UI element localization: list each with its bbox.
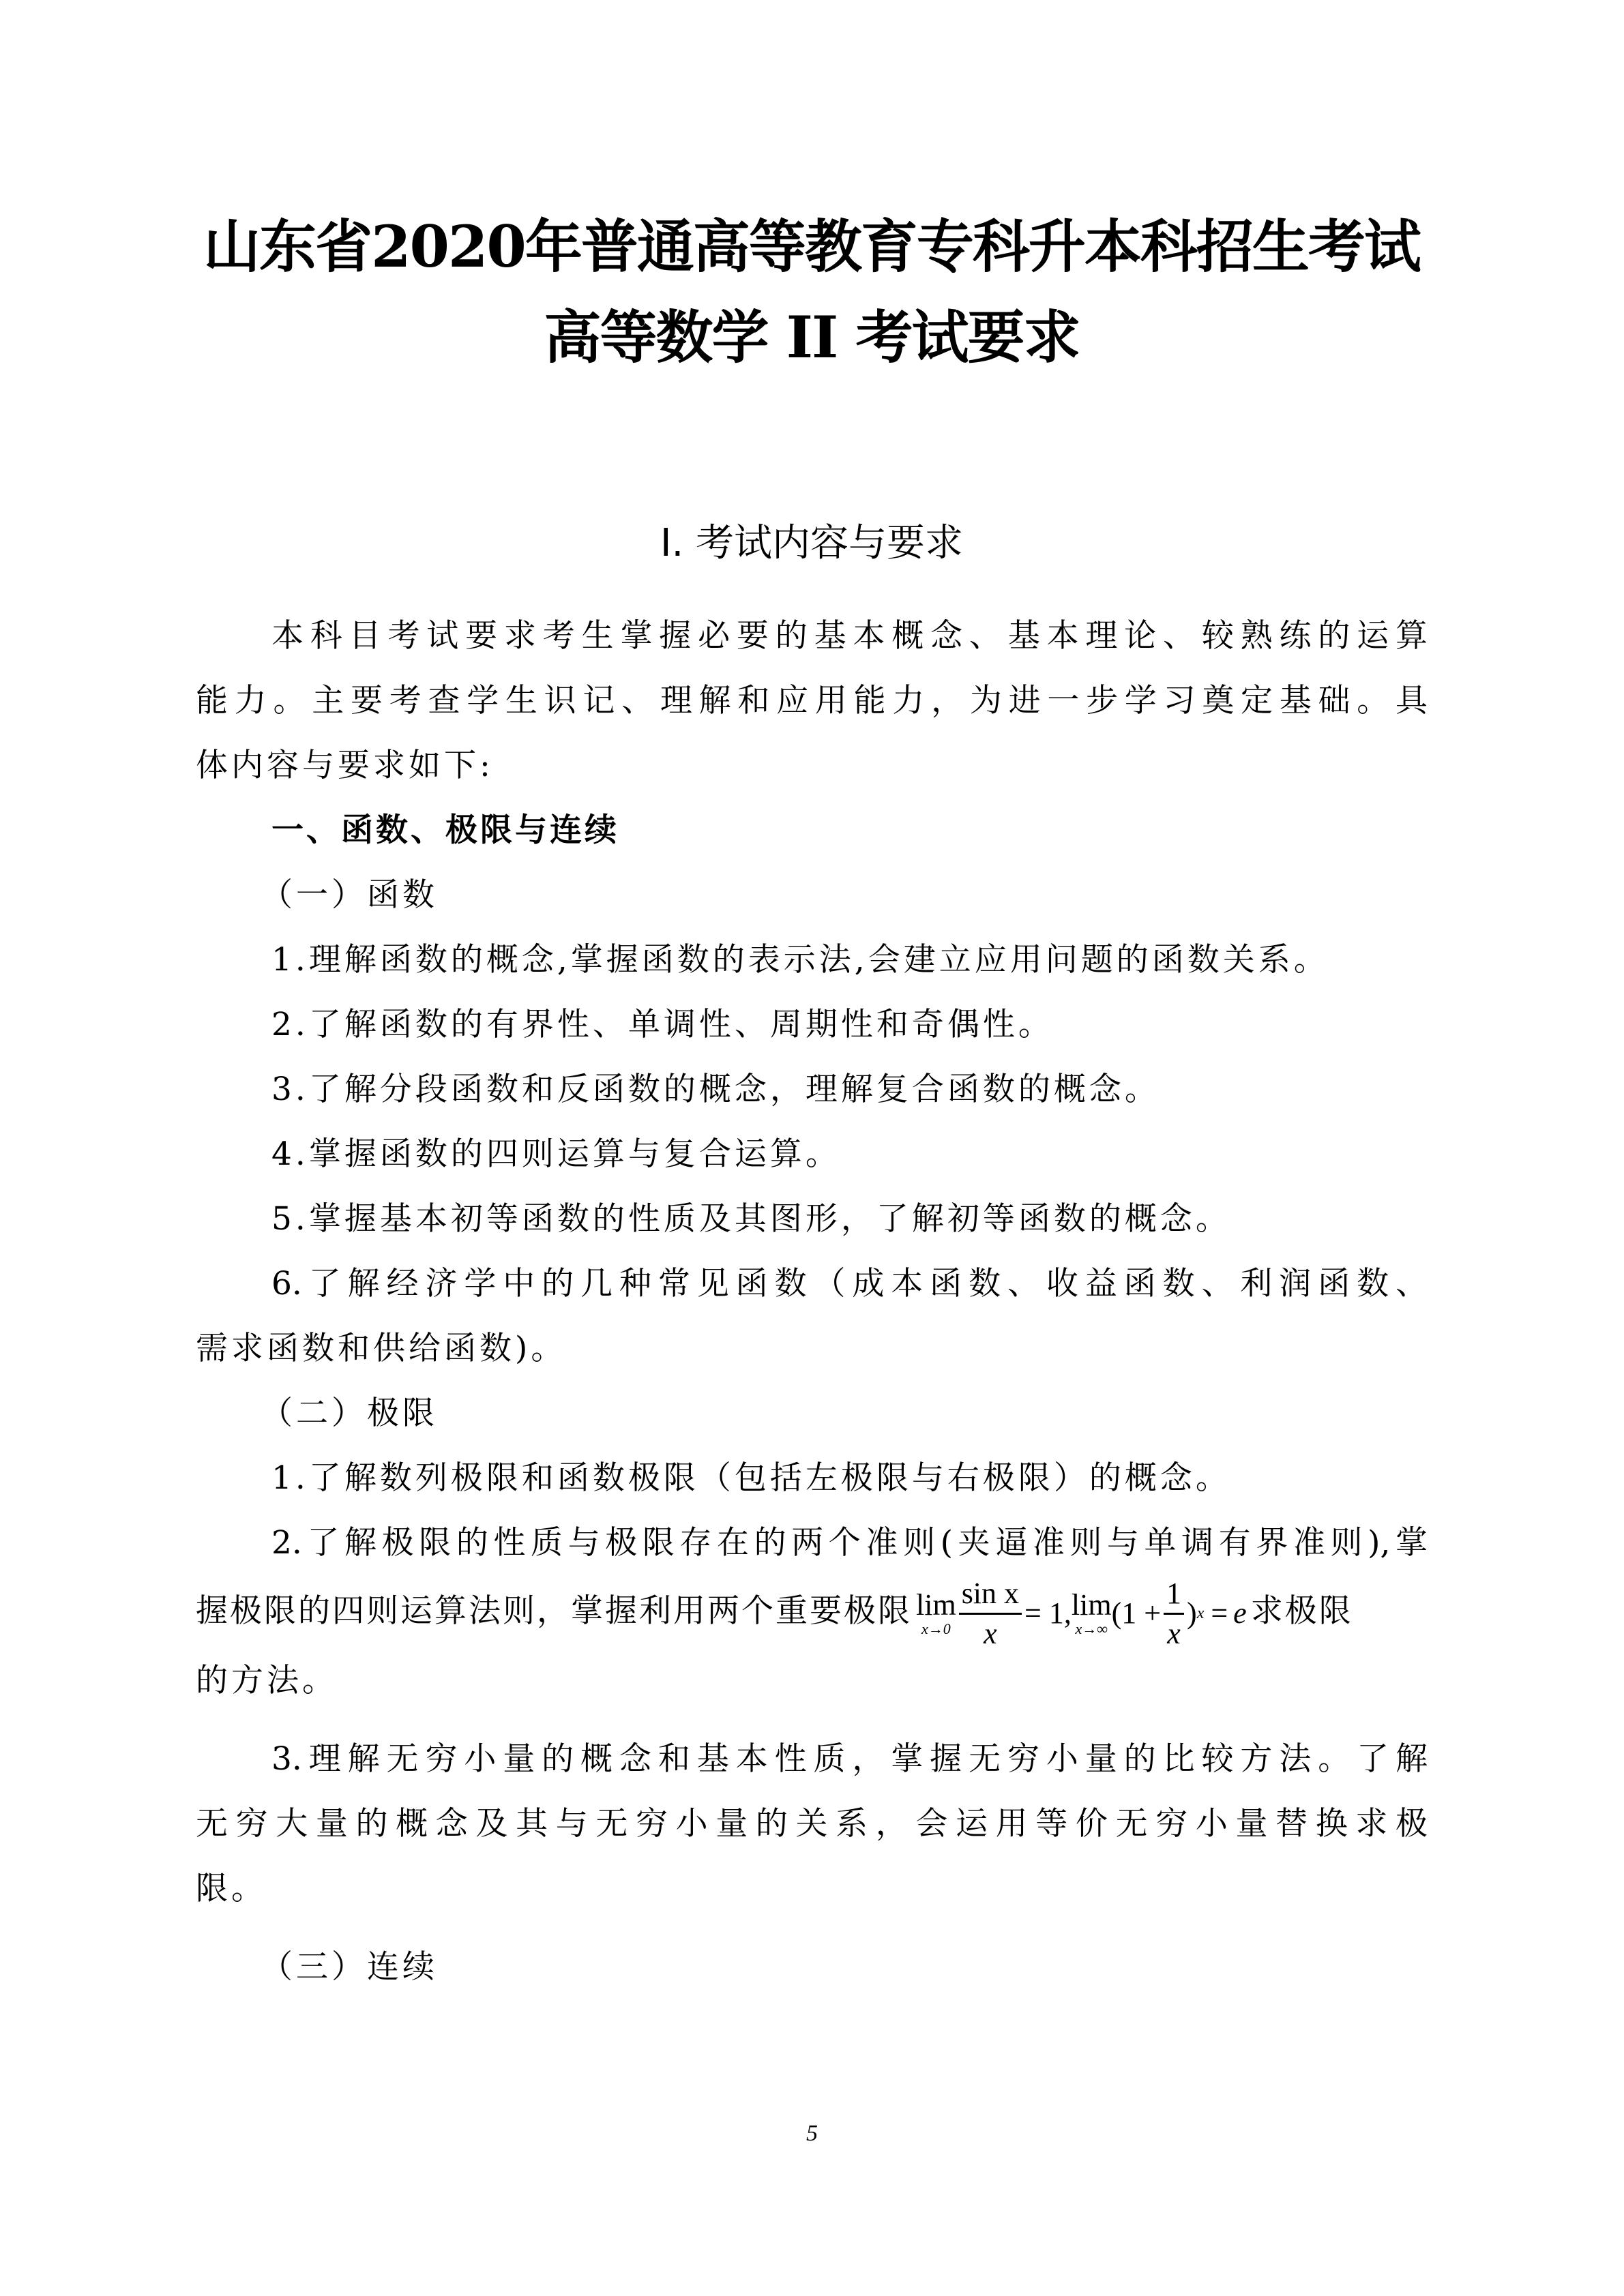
page-number: 5 — [0, 2121, 1624, 2147]
lim-label: lim — [1072, 1590, 1112, 1620]
intro-line-3: 体内容与要求如下: — [196, 742, 1428, 790]
open-paren: (1 + — [1112, 1576, 1161, 1651]
list-item: 2.了解极限的性质与极限存在的两个准则(夹逼准则与单调有界准则),掌 — [271, 1519, 1428, 1567]
list-item: 3.了解分段函数和反函数的概念，理解复合函数的概念。 — [271, 1066, 1428, 1114]
lim-subscript: x→0 — [921, 1622, 951, 1637]
lim-subscript: x→∞ — [1075, 1622, 1107, 1637]
list-item: 3.理解无穷小量的概念和基本性质，掌握无穷小量的比较方法。了解 — [271, 1735, 1428, 1783]
list-item: 1.了解数列极限和函数极限（包括左极限与右极限）的概念。 — [271, 1455, 1428, 1502]
intro-line-2: 能力。主要考查学生识记、理解和应用能力，为进一步学习奠定基础。具 — [196, 677, 1428, 725]
euler-e: e — [1233, 1576, 1247, 1651]
intro-line-1: 本科目考试要求考生掌握必要的基本概念、基本理论、较熟练的运算 — [271, 612, 1428, 660]
equals: = — [1211, 1576, 1228, 1651]
document-title-line1: 山东省2020年普通高等教育专科升本科招生考试 — [196, 213, 1428, 281]
limit-operator: lim x→0 — [916, 1590, 956, 1637]
list-item: 6.了解经济学中的几种常见函数（成本函数、收益函数、利润函数、 — [271, 1260, 1428, 1308]
list-item: 4.掌握函数的四则运算与复合运算。 — [271, 1131, 1428, 1178]
fraction: sin x x — [959, 1579, 1022, 1649]
list-item-continuation: 的方法。 — [196, 1657, 1428, 1705]
list-item: 2.了解函数的有界性、单调性、周期性和奇偶性。 — [271, 1001, 1428, 1049]
lim-label: lim — [916, 1590, 956, 1620]
close-paren: ) — [1187, 1576, 1197, 1651]
limit-operator: lim x→∞ — [1072, 1590, 1112, 1637]
exponent: x — [1197, 1576, 1205, 1651]
subsection-heading-limits: （二）极限 — [261, 1390, 1417, 1437]
numerator: sin x — [959, 1579, 1022, 1615]
important-limits-formula: lim x→0 sin x x = 1, lim x→∞ (1 + 1 x )x… — [916, 1576, 1247, 1651]
chapter-heading: 一、函数、极限与连续 — [271, 807, 1428, 854]
denominator: x — [1167, 1615, 1181, 1649]
formula-suffix-text: 求极限 — [1251, 1592, 1353, 1630]
numerator: 1 — [1164, 1579, 1184, 1615]
list-item-continuation: 限。 — [196, 1865, 1428, 1913]
section-heading: I. 考试内容与要求 — [196, 516, 1428, 571]
denominator: x — [984, 1615, 997, 1649]
subsection-heading-functions: （一）函数 — [261, 871, 1417, 919]
formula-prefix-text: 握极限的四则运算法则，掌握利用两个重要极限 — [196, 1592, 912, 1630]
list-item-continuation: 无穷大量的概念及其与无穷小量的关系，会运用等价无穷小量替换求极 — [196, 1800, 1428, 1848]
document-title-line2: 高等数学 II 考试要求 — [196, 303, 1428, 372]
fraction: 1 x — [1164, 1579, 1184, 1649]
subsection-heading-continuity: （三）连续 — [261, 1943, 1417, 1991]
list-item-formula-line: 握极限的四则运算法则，掌握利用两个重要极限 lim x→0 sin x x = … — [196, 1574, 1428, 1651]
list-item: 1.理解函数的概念,掌握函数的表示法,会建立应用问题的函数关系。 — [271, 936, 1428, 984]
list-item: 5.掌握基本初等函数的性质及其图形，了解初等函数的概念。 — [271, 1195, 1428, 1243]
list-item-continuation: 需求函数和供给函数)。 — [196, 1325, 1428, 1373]
equals-one: = 1, — [1024, 1576, 1072, 1651]
